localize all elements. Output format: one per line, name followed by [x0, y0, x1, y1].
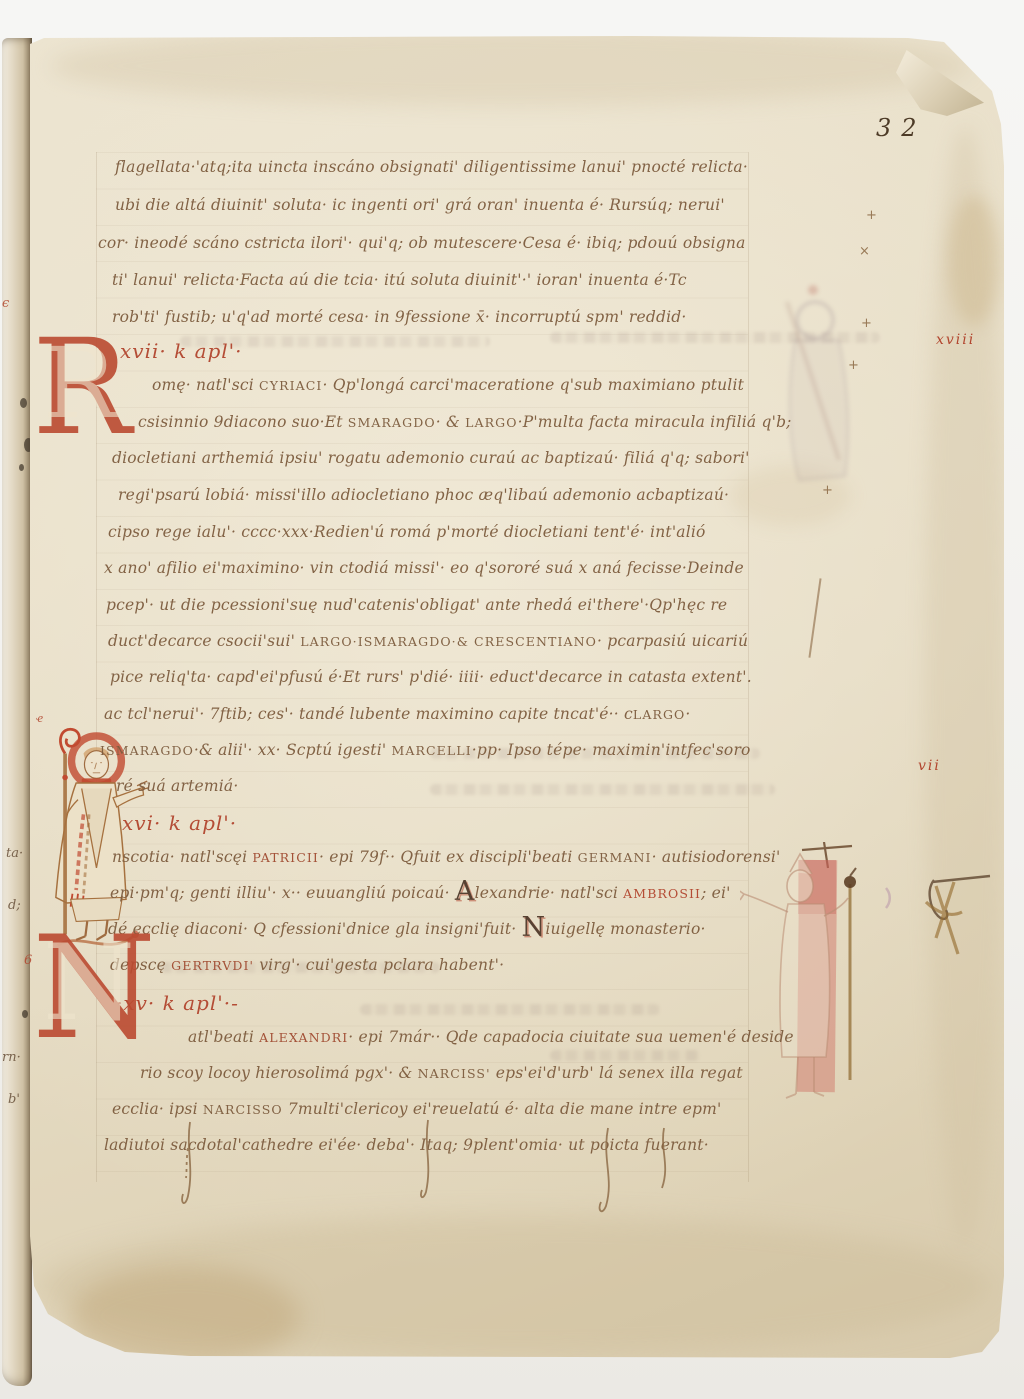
manuscript-page: flagellata·'atq;ita uincta inscáno obsig… [30, 36, 1004, 1358]
show-through-figure [755, 280, 895, 490]
text-segment: ac tcl'nerui'· 7ftib; ces'· tandé lubent… [104, 705, 633, 723]
text-segment: dé ecclię diaconi· Q cfessioni'dnice gla… [108, 920, 522, 938]
text-line: rio scoy locoy hierosolimá pgx'· & NARCI… [140, 1064, 743, 1083]
margin-cross-mark: + [848, 358, 859, 373]
text-line: ISMARAGDO·& alii'· xx· Scptú igesti' MAR… [100, 741, 751, 760]
red-letter-fragment: є [2, 296, 9, 311]
text-segment: AMBROSII [623, 886, 701, 901]
text-segment: LARGO·ISMARAGDO·& CRESCENTIANO [300, 634, 597, 649]
text-segment: cipso rege ialu'· cccc·xxx·Redien'ú romá… [108, 523, 706, 541]
text-segment: iuigellę monasterio· [545, 920, 705, 938]
text-segment: · & [436, 413, 465, 431]
text-segment: pice reliq'ta· capd'ei'pfusú é·Et rurs' … [110, 668, 752, 686]
text-segment: A [455, 876, 475, 907]
text-segment: CYRIACI [259, 378, 322, 393]
text-segment: · epi 79f·· Qfuit ex discipli'beati [319, 848, 578, 866]
stain [50, 26, 970, 106]
text-segment: pcep'· ut die pcessioni'suę nud'catenis'… [106, 596, 727, 614]
text-line: ré suá artemiá· [116, 777, 239, 796]
text-segment: eps'ei'd'urb' lá senex illa regat [491, 1064, 743, 1082]
text-segment: · pcarpasiú uicariú [597, 632, 748, 650]
text-segment: ·& alii'· xx· Scptú igesti' [194, 741, 392, 759]
text-line: cor· ineodé scáno cstricta ilori'· qui'q… [98, 234, 746, 253]
text-fragment: d; [8, 898, 21, 913]
stain [40, 1216, 990, 1356]
text-segment: cor· ineodé scáno cstricta ilori'· qui'q… [98, 234, 746, 252]
chapter-rubric: xvii· k apl'· [120, 340, 243, 362]
text-segment: NARCISSO [203, 1102, 283, 1117]
text-segment: SMARAGDO [348, 415, 436, 430]
text-segment: csisinnio 9diacono suo·Et [138, 413, 348, 431]
chapter-rubric: xvi· k apl'· [122, 812, 237, 834]
decorated-initial-R: RR [32, 322, 131, 454]
gutter-speck [19, 464, 24, 471]
text-line: pice reliq'ta· capd'ei'pfusú é·Et rurs' … [110, 668, 752, 687]
text-segment: lexandrie· natl'sci [475, 884, 624, 902]
text-segment: ALEXANDRI [259, 1030, 348, 1045]
red-letter-fragment: 6 [24, 953, 32, 968]
text-segment: atl'beati [188, 1028, 259, 1046]
text-line: atl'beati ALEXANDRI· epi 7már·· Qde capa… [188, 1028, 794, 1047]
show-through-text [360, 1004, 660, 1015]
margin-stroke [808, 578, 821, 657]
text-line: diocletiani arthemiá ipsiu' rogatu ademo… [112, 449, 750, 468]
scan-background: { "page": { "folio_number": "32", "margi… [0, 0, 1024, 1399]
text-line: nscotia· natl'scęi PATRICII· epi 79f·· Q… [112, 848, 780, 867]
text-segment: ubi die altá diuinit' soluta· ic ingenti… [115, 196, 725, 214]
margin-cross-mark: + [822, 483, 833, 498]
margin-cross-mark: + [861, 316, 872, 331]
folded-corner [896, 50, 984, 116]
text-fragment: ta· [6, 846, 23, 861]
text-segment: PATRICII [252, 850, 319, 865]
text-segment: · autisiodorensi' [652, 848, 781, 866]
text-segment: x ano' afilio ei'maximino· vin ctodiá mi… [104, 559, 744, 577]
text-segment: virg'· cui'gesta pclara habent'· [254, 956, 504, 974]
text-segment: epi·pm'q; genti illiu'· x·· euuangliú po… [110, 884, 455, 902]
text-line: cipso rege ialu'· cccc·xxx·Redien'ú romá… [108, 523, 706, 542]
text-line: x ano' afilio ei'maximino· vin ctodiá mi… [104, 559, 744, 578]
text-line: omę· natl'sci CYRIACI· Qp'longá carci'ma… [152, 376, 744, 395]
text-segment: diocletiani arthemiá ipsiu' rogatu ademo… [112, 449, 750, 467]
text-line: ladiutoi sacdotal'cathedre ei'ée· deba'·… [104, 1136, 709, 1155]
text-segment: ISMARAGDO [100, 743, 194, 758]
text-line: csisinnio 9diacono suo·Et SMARAGDO· & LA… [138, 413, 792, 432]
text-segment: LARGO [633, 707, 685, 722]
text-segment: duct'decarce csocii'sui' [108, 632, 300, 650]
text-line: ti' lanui' relicta·Facta aú die tcia· it… [112, 271, 687, 290]
text-line: ac tcl'nerui'· 7ftib; ces'· tandé lubent… [104, 705, 691, 724]
text-segment: ·pp· Ipso tépe· maximin'intfec'soro [472, 741, 751, 759]
text-line: pcep'· ut die pcessioni'suę nud'catenis'… [106, 596, 727, 615]
text-segment: · [685, 705, 690, 723]
text-segment: 7multi'clericoy ei'reuelatú é· alta die … [283, 1100, 722, 1118]
text-line: ecclia· ipsi NARCISSO 7multi'clericoy ei… [112, 1100, 722, 1119]
stain [948, 196, 1000, 326]
text-segment: MARCELLI [391, 743, 471, 758]
margin-cross-mark: + [866, 208, 877, 223]
text-line: flagellata·'atq;ita uincta inscáno obsig… [115, 158, 748, 177]
folio-number: 32 [876, 114, 927, 142]
text-line: duct'decarce csocii'sui' LARGO·ISMARAGDO… [108, 632, 748, 651]
previous-folio-edge [2, 38, 32, 1386]
text-line: regi'psarú lobiá· missi'illo adiocletian… [118, 486, 729, 505]
text-fragment: b' [8, 1092, 20, 1107]
text-segment: rob'ti' fustib; u'q'ad morté cesa· in 9f… [112, 308, 687, 326]
initial-glyph-hollow: R [43, 335, 117, 433]
text-segment: ladiutoi sacdotal'cathedre ei'ée· deba'·… [104, 1136, 709, 1154]
initial-glyph-hollow: N [43, 931, 135, 1036]
stain [70, 1266, 300, 1366]
text-segment: omę· natl'sci [152, 376, 259, 394]
decorated-initial-N: NN [32, 918, 156, 1060]
text-segment: ré suá artemiá· [116, 777, 239, 795]
text-segment: xvi· k apl'· [122, 811, 237, 835]
red-letter-fragment: ҽ [36, 710, 43, 726]
pen-trial-ochre [926, 882, 962, 954]
text-segment: ·P'multa facta miracula infiliá q'b; [518, 413, 792, 431]
text-segment: rio scoy locoy hierosolimá pgx'· & [140, 1064, 418, 1082]
show-through-text [430, 784, 775, 795]
text-segment: flagellata·'atq;ita uincta inscáno obsig… [115, 158, 748, 176]
text-line: epi·pm'q; genti illiu'· x·· euuangliú po… [110, 884, 731, 903]
text-segment: ecclia· ipsi [112, 1100, 203, 1118]
text-segment: N [522, 912, 546, 943]
faint-figure-with-staff [740, 842, 1004, 1142]
margin-numeral-vii: vii [918, 758, 941, 774]
margin-cross-mark: × [859, 244, 870, 259]
text-line: ubi die altá diuinit' soluta· ic ingenti… [115, 196, 725, 215]
text-line: depscę GERTRVDI' virg'· cui'gesta pclara… [110, 956, 504, 975]
text-segment: · Qp'longá carci'maceratione q'sub maxim… [322, 376, 744, 394]
text-segment: regi'psarú lobiá· missi'illo adiocletian… [118, 486, 729, 504]
text-segment: ti' lanui' relicta·Facta aú die tcia· it… [112, 271, 687, 289]
text-fragment: rn· [2, 1050, 21, 1065]
text-segment: NARCISS' [418, 1066, 491, 1081]
text-segment: · epi 7már·· Qde capadocia ciuitate sua … [348, 1028, 793, 1046]
text-segment: xvii· k apl'· [120, 339, 243, 363]
gutter-speck [20, 398, 27, 408]
text-line: dé ecclię diaconi· Q cfessioni'dnice gla… [108, 920, 706, 939]
text-segment: GERTRVDI' [171, 958, 254, 973]
margin-numeral-xviii: xviii [936, 332, 975, 348]
text-segment: GERMANI [578, 850, 652, 865]
text-line: rob'ti' fustib; u'q'ad morté cesa· in 9f… [112, 308, 687, 327]
text-segment: ; ei' [701, 884, 731, 902]
gutter-speck [22, 1010, 28, 1018]
text-segment: LARGO [465, 415, 517, 430]
text-segment: nscotia· natl'scęi [112, 848, 252, 866]
show-through-text [550, 1050, 700, 1061]
